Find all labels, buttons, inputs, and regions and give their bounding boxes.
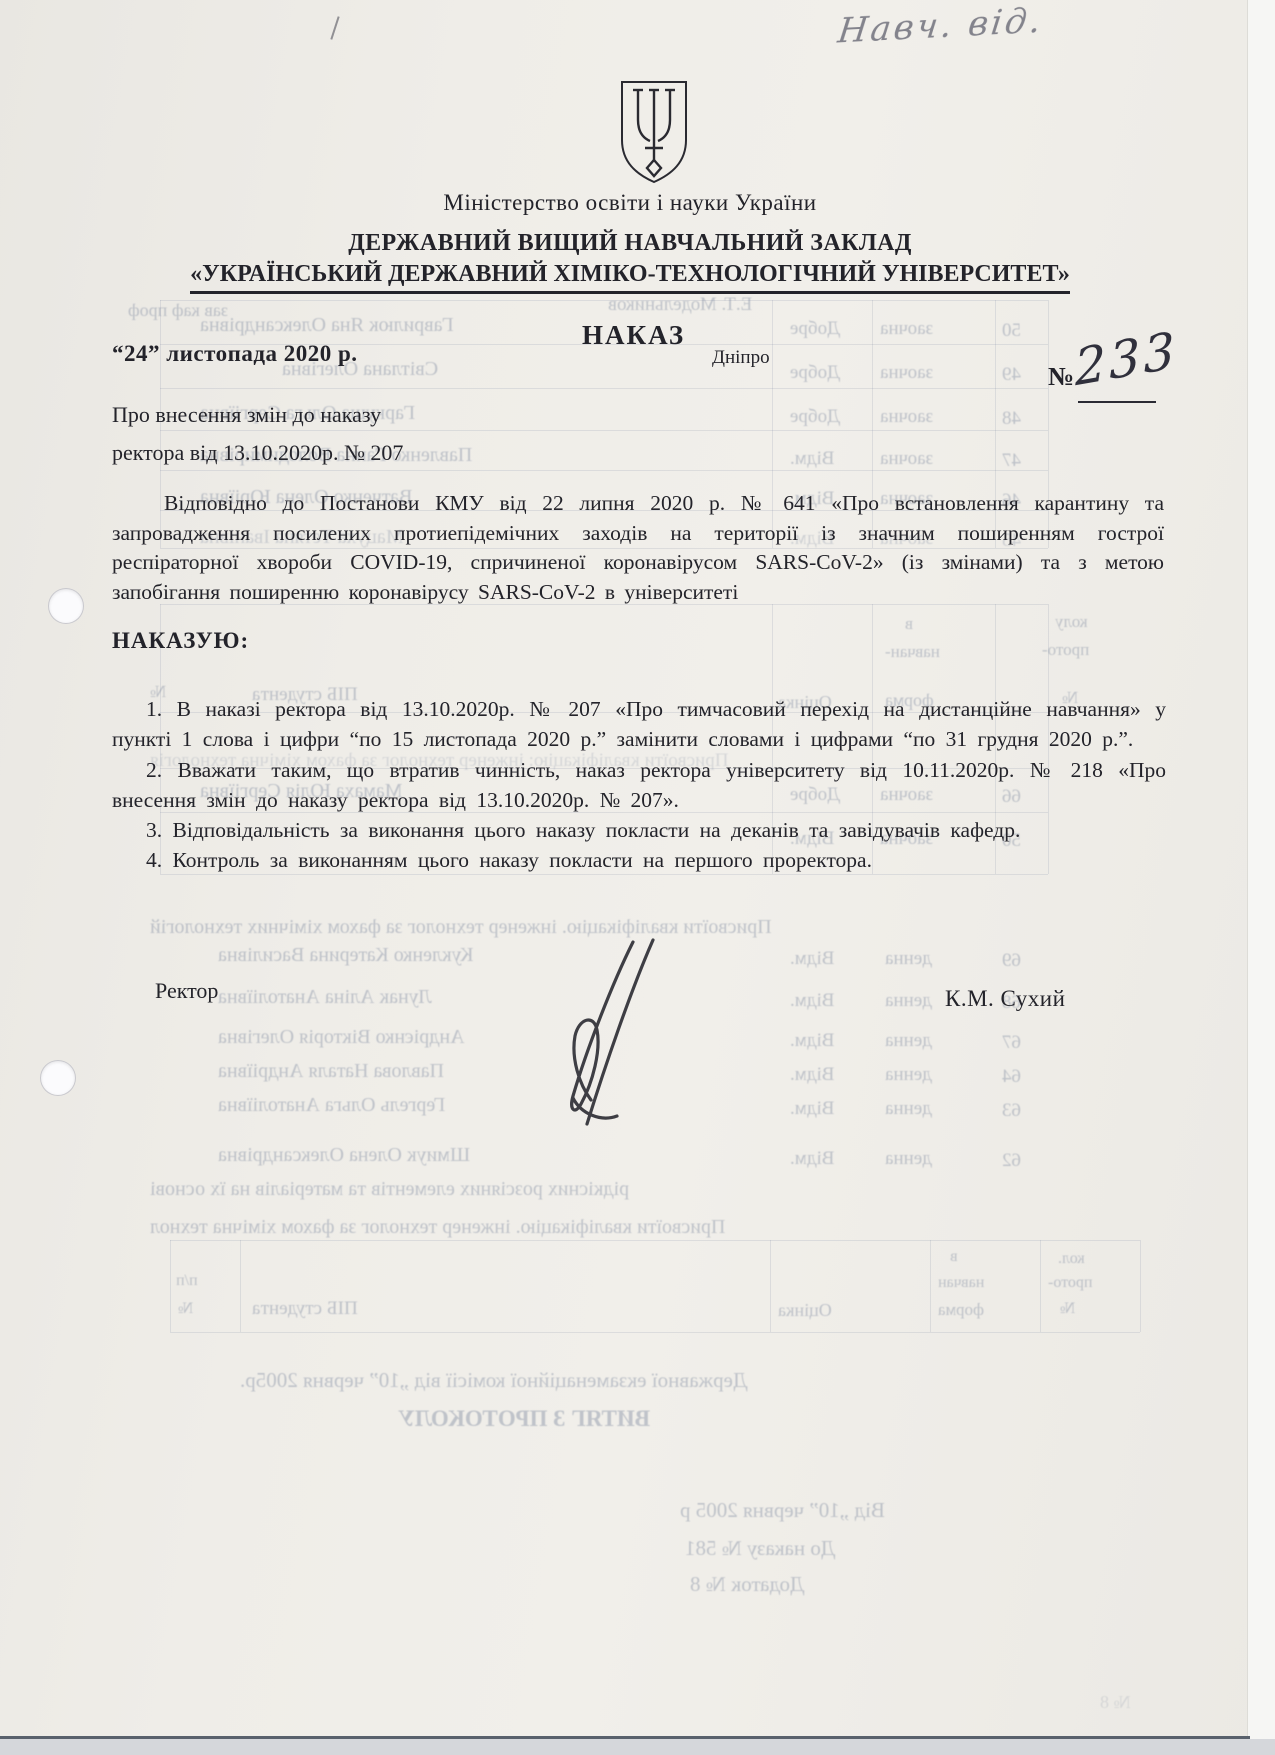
bleedthrough-text: денна [885, 990, 932, 1012]
bleedthrough-text: Добре [790, 406, 840, 428]
order-date: “24” листопада 2020 р. [112, 341, 358, 367]
bleedthrough-text: Кукленко Катерина Василівна [218, 944, 474, 967]
bleedthrough-text: Гергель Ольга Анатоліївна [218, 1094, 445, 1117]
bleedthrough-text: денна [885, 1148, 932, 1170]
bleedthrough-grid-line [160, 300, 1048, 301]
order-preamble: Відповідно до Постанови КМУ від 22 липня… [112, 489, 1164, 607]
bleedthrough-grid-line [240, 1240, 241, 1332]
bleedthrough-text: 50 [1002, 320, 1021, 342]
bleedthrough-grid-line [1140, 1240, 1141, 1332]
bleedthrough-text: Андрієнко Вікторія Олегівна [218, 1026, 465, 1049]
bleedthrough-text: 69 [1002, 950, 1021, 972]
bleedthrough-text: Оцінка [778, 1300, 832, 1321]
bleedthrough-text: Присвоїти кваліфікацію. інженер технолог… [150, 916, 772, 939]
subject-line-2: ректора від 13.10.2020р. № 207 [112, 434, 403, 472]
order-item-3: 3. Відповідальність за виконання цього н… [112, 815, 1166, 845]
order-number-underline [1078, 401, 1156, 403]
scanner-bottom-background [0, 1739, 1275, 1755]
bleedthrough-text: Державної екзаменаційної комісії від „10… [240, 1368, 748, 1393]
bleedthrough-text: № [178, 1300, 193, 1318]
bleedthrough-text: ВИТЯГ З ПРОТОКОЛУ [398, 1406, 650, 1432]
bleedthrough-text: Гаврилюк Яна Олександрівна [200, 314, 454, 337]
signature-title: Ректор [155, 978, 218, 1004]
order-items: 1. В наказі ректора від 13.10.2020р. № 2… [112, 694, 1166, 876]
bleedthrough-grid-line [930, 1240, 931, 1332]
bleedthrough-text: 49 [1002, 364, 1021, 386]
bleedthrough-text: Шмиук Олена Олександрівна [218, 1144, 470, 1167]
bleedthrough-text: кол. [1058, 1250, 1085, 1268]
bleedthrough-grid-line [770, 1240, 771, 1332]
bleedthrough-text: п/п [176, 1272, 198, 1290]
rector-signature-scribble [521, 938, 671, 1128]
signature-name: К.М. Сухий [945, 986, 1065, 1012]
ukraine-trident-emblem-icon [614, 78, 694, 186]
ministry-line: Міністерство освіти і науки України [0, 190, 1260, 216]
order-item-2: 2. Вважати таким, що втратив чинність, н… [112, 755, 1166, 816]
bleedthrough-text: Відм. [790, 1098, 834, 1120]
bleedthrough-text: 67 [1002, 1032, 1021, 1054]
bleedthrough-text: в [905, 614, 913, 634]
hole-punch [48, 588, 84, 624]
bleedthrough-text: денна [885, 1064, 932, 1086]
doc-type-title: НАКАЗ [582, 320, 685, 351]
bleedthrough-text: № 8 [1100, 1692, 1131, 1713]
bleedthrough-text: в [950, 1248, 958, 1266]
bleedthrough-text: прото- [1048, 1274, 1092, 1292]
bleedthrough-text: денна [885, 948, 932, 970]
bleedthrough-text: ПІБ студента [252, 1298, 358, 1320]
bleedthrough-text: Від „10” червня 2005 р [680, 1498, 885, 1523]
bleedthrough-text: Відм. [790, 990, 834, 1012]
bleedthrough-grid-line [170, 1332, 1140, 1333]
bleedthrough-text: № [1060, 1300, 1075, 1318]
order-item-1: 1. В наказі ректора від 13.10.2020р. № 2… [112, 694, 1166, 755]
bleedthrough-text: 48 [1002, 408, 1021, 430]
bleedthrough-grid-line [1040, 1240, 1041, 1332]
bleedthrough-text: Відм. [790, 1064, 834, 1086]
order-number-label: № [1048, 362, 1074, 392]
bleedthrough-text: Лунак Аліна Анатоліївна [218, 986, 432, 1009]
bleedthrough-text: Відм. [790, 1148, 834, 1170]
bleedthrough-text: Павлова Наталя Андріївна [218, 1060, 444, 1083]
bleedthrough-grid-line [170, 1240, 1140, 1241]
subject-line-1: Про внесення змін до наказу [112, 396, 403, 434]
bleedthrough-text: заочна [880, 362, 933, 384]
bleedthrough-text: 62 [1002, 1150, 1021, 1172]
bleedthrough-text: заочна [880, 318, 933, 340]
hole-punch [40, 1060, 76, 1096]
bleedthrough-text: навчан [938, 1274, 984, 1292]
decree-heading: НАКАЗУЮ: [112, 628, 249, 654]
bleedthrough-text: Додаток № 8 [690, 1572, 804, 1597]
bleedthrough-text: Відм. [790, 948, 834, 970]
bleedthrough-text: заочна [880, 406, 933, 428]
bleedthrough-text: Відм. [790, 448, 834, 470]
bleedthrough-text: навчан- [885, 642, 940, 662]
bleedthrough-text: 47 [1002, 450, 1021, 472]
bleedthrough-text: Добре [790, 318, 840, 340]
bleedthrough-text: 63 [1002, 1100, 1021, 1122]
order-city: Дніпро [712, 347, 770, 369]
institution-line-2: «УКРАЇНСЬКИЙ ДЕРЖАВНИЙ ХІМІКО-ТЕХНОЛОГІЧ… [0, 261, 1260, 294]
bleedthrough-text: колу [1055, 612, 1088, 632]
bleedthrough-text: Добре [790, 362, 840, 384]
bleedthrough-text: 64 [1002, 1066, 1021, 1088]
bleedthrough-text: Відм. [790, 1030, 834, 1052]
order-item-4: 4. Контроль за виконанням цього наказу п… [112, 845, 1166, 875]
scanned-order-page: зав каф профЕ.Т. МодельниковГаврилюк Яна… [0, 0, 1275, 1755]
bleedthrough-text: заочна [880, 448, 933, 470]
bleedthrough-grid-line [170, 1240, 171, 1332]
order-subject: Про внесення змін до наказу ректора від … [112, 396, 403, 472]
bleedthrough-text: форма [938, 1300, 984, 1320]
bleedthrough-text: До наказу № 581 [685, 1536, 835, 1561]
bleedthrough-text: денна [885, 1098, 932, 1120]
bleedthrough-text: прото- [1042, 640, 1089, 660]
bleedthrough-text: Е.Т. Модельников [608, 294, 752, 316]
bleedthrough-text: рідкісних розсіяних елементів та матеріа… [150, 1178, 629, 1201]
institution-line-1: ДЕРЖАВНИЙ ВИЩИЙ НАВЧАЛЬНИЙ ЗАКЛАД [0, 230, 1260, 257]
bleedthrough-text: Присвоїти кваліфікацію. інженер технолог… [150, 1216, 725, 1239]
bleedthrough-grid-line [160, 388, 1048, 389]
bleedthrough-text: денна [885, 1030, 932, 1052]
